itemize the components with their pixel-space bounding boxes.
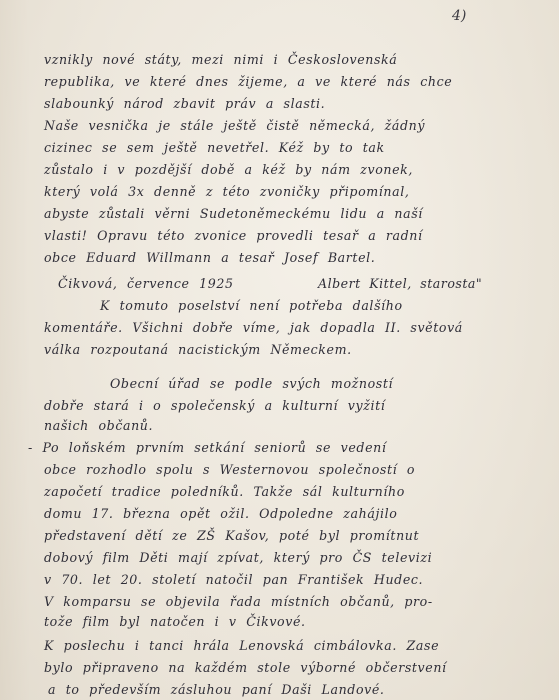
text-line-21: domu 17. března opět ožil. Odpoledne zah… (44, 506, 397, 521)
text-line-2: republika, ve které dnes žijeme, a ve kt… (44, 74, 452, 89)
text-line-23: dobový film Děti mají zpívat, který pro … (44, 550, 432, 565)
text-line-8: abyste zůstali věrni Sudetoněmeckému lid… (44, 206, 423, 221)
signature: Albert Kittel, starosta" (318, 276, 482, 291)
text-line-7: který volá 3x denně z této zvoničky přip… (44, 184, 409, 199)
text-line-4: Naše vesnička je stále ještě čistě němec… (44, 118, 425, 133)
text-line-16: dobře stará i o společenský a kulturní v… (44, 398, 385, 413)
text-line-27: K poslechu i tanci hrála Lenovská cimbál… (44, 638, 439, 653)
text-line-9: vlasti! Opravu této zvonice provedli tes… (44, 228, 423, 243)
text-line-15: Obecní úřad se podle svých možností (110, 376, 393, 391)
text-line-12: K tomuto poselství není potřeba dalšího (100, 298, 403, 313)
text-line-17: našich občanů. (44, 418, 153, 433)
text-line-22: představení dětí ze ZŠ Kašov, poté byl p… (44, 528, 419, 543)
text-line-10: obce Eduard Willmann a tesař Josef Barte… (44, 250, 375, 265)
date-line: Čikvová, července 1925 (58, 276, 234, 291)
handwritten-document-page: 4) vznikly nové státy, mezi nimi i Česko… (0, 0, 559, 700)
text-line-6: zůstalo i v pozdější době a kéž by nám z… (44, 162, 413, 177)
text-line-19: obce rozhodlo spolu s Westernovou společ… (44, 462, 415, 477)
text-line-13: komentáře. Všichni dobře víme, jak dopad… (44, 320, 463, 335)
text-line-1: vznikly nové státy, mezi nimi i Českoslo… (44, 52, 397, 67)
text-line-28: bylo připraveno na každém stole výborné … (44, 660, 447, 675)
text-line-29: a to především zásluhou paní Daši Landov… (48, 682, 385, 697)
text-line-25: V komparsu se objevila řada místních obč… (44, 594, 433, 609)
page-number: 4) (452, 8, 466, 24)
text-line-20: započetí tradice poledníků. Takže sál ku… (44, 484, 405, 499)
text-line-18: - Po loňském prvním setkání seniorů se v… (28, 440, 386, 455)
text-line-26: tože film byl natočen i v Čikvové. (44, 614, 306, 629)
text-line-5: cizinec se sem ještě nevetřel. Kéž by to… (44, 140, 385, 155)
text-line-14: válka rozpoutaná nacistickým Německem. (44, 342, 352, 357)
text-line-24: v 70. let 20. století natočil pan Franti… (44, 572, 423, 587)
text-line-3: slabounký národ zbavit práv a slasti. (44, 96, 325, 111)
